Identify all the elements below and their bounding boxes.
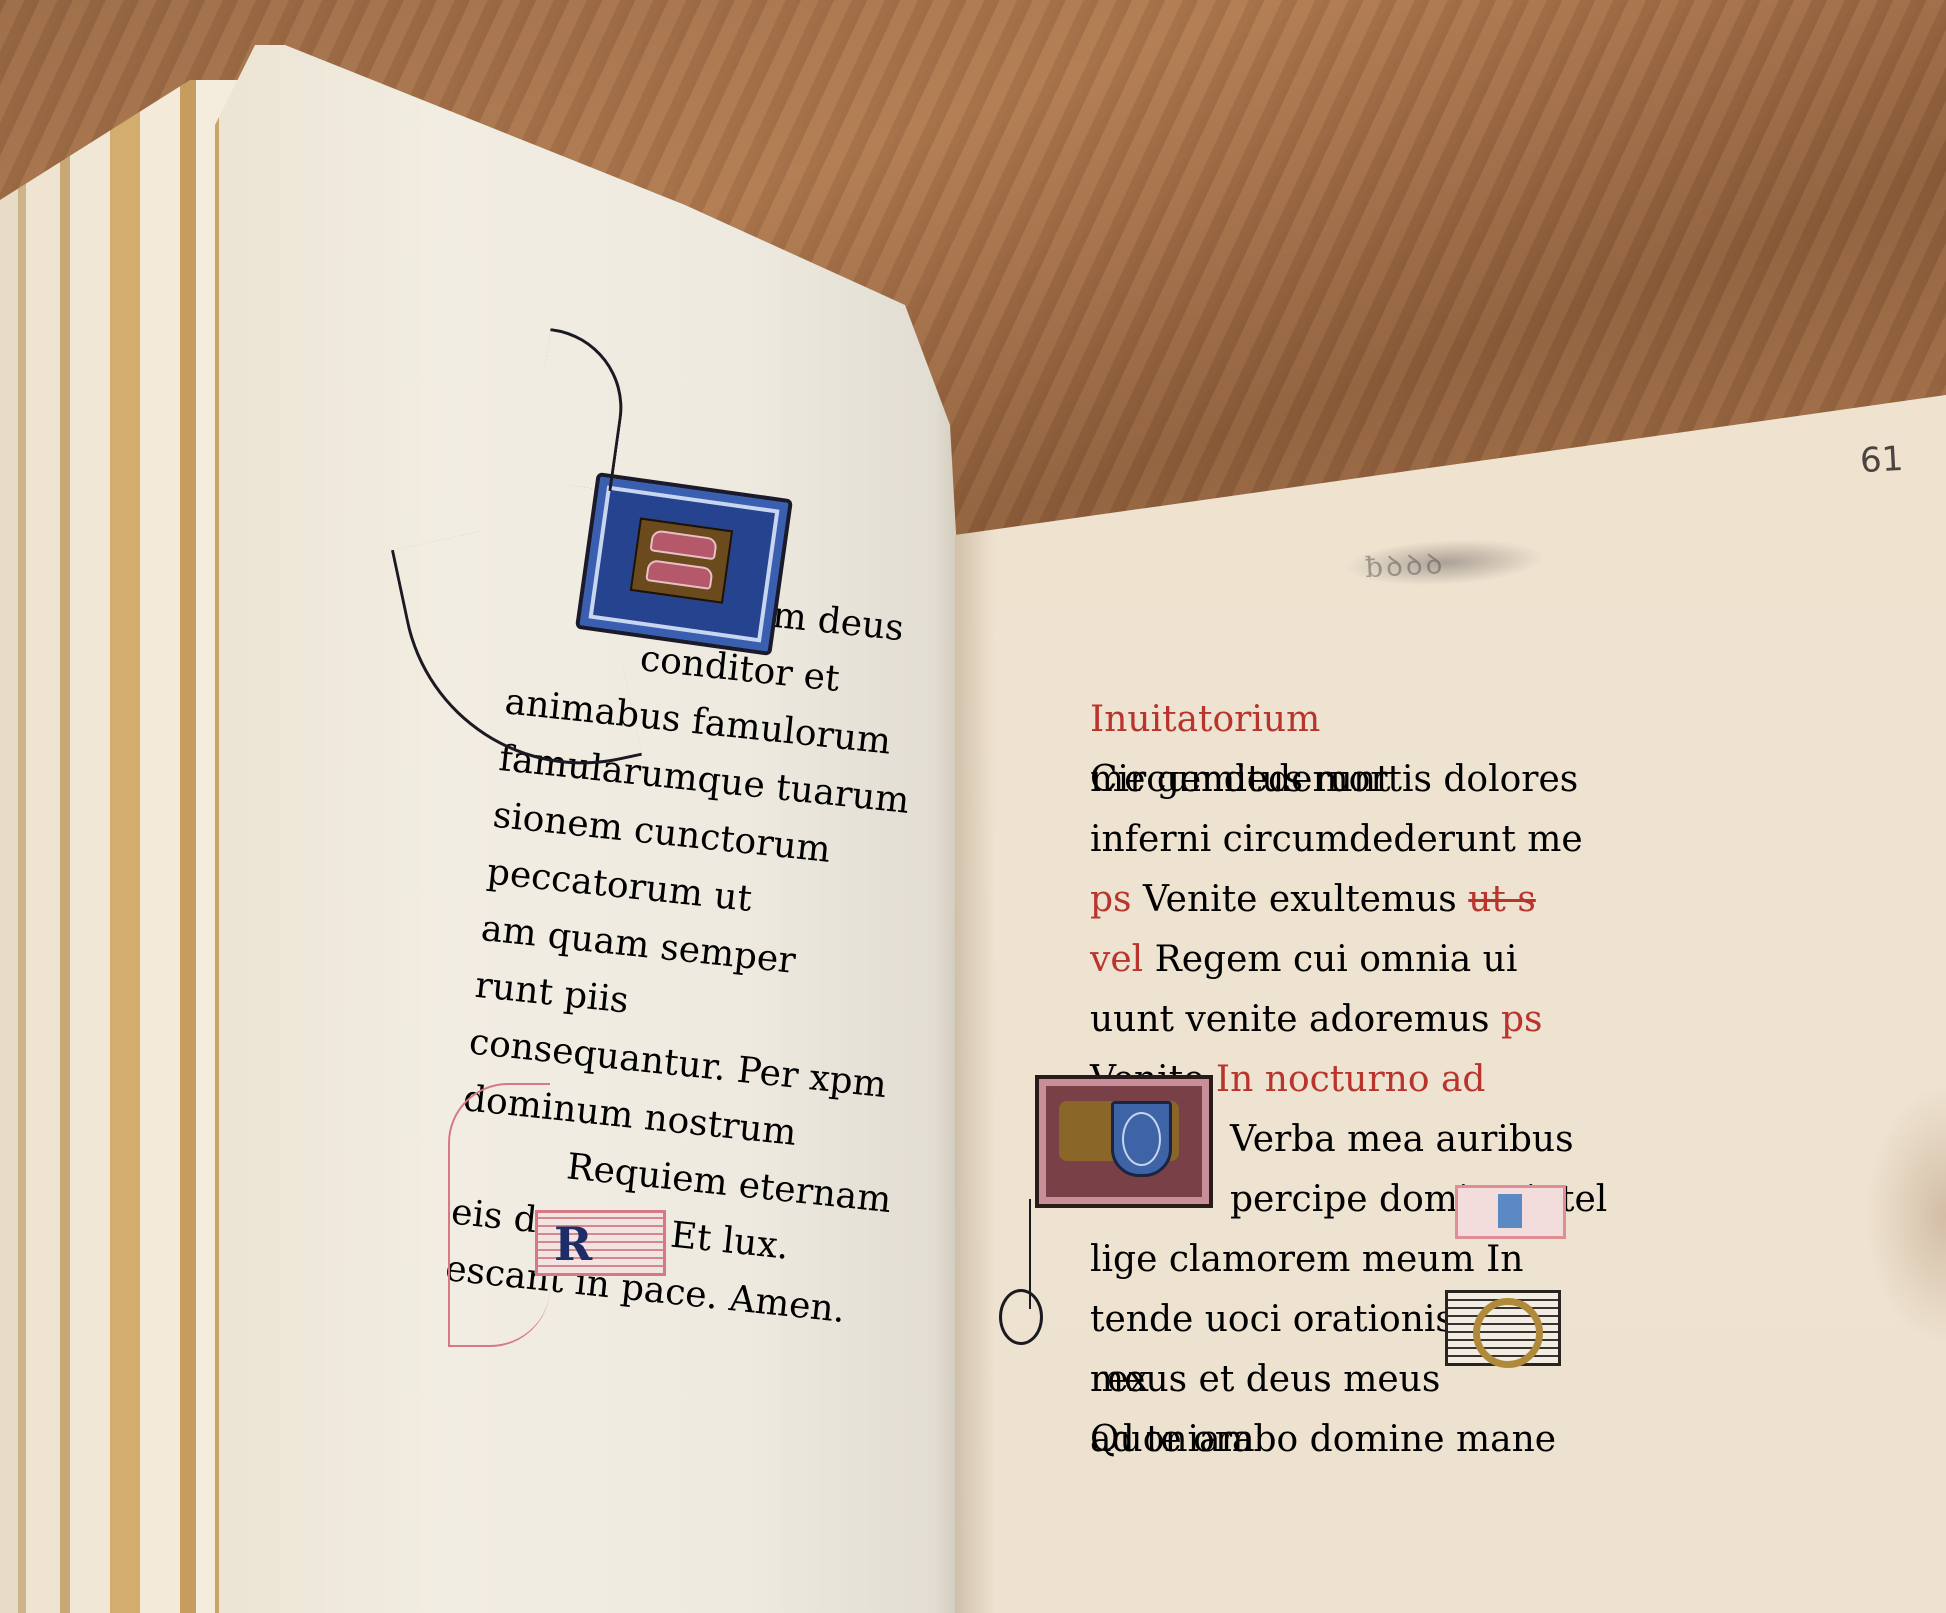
text-line: lige clamorem meum In	[1090, 1230, 1610, 1290]
book: 61 ƀꝺꝺꝺ Fidelium deus omnium conditor et…	[0, 0, 1946, 1613]
text-line: Inuitatorium Circumdederunt	[1090, 690, 1610, 750]
water-stain	[1866, 1085, 1946, 1345]
blue-shield	[1111, 1101, 1172, 1177]
illuminated-initial-f	[575, 472, 793, 656]
letter-stroke	[649, 529, 717, 560]
text-line: inferni circumdederunt me	[1090, 810, 1610, 870]
letter-stroke	[645, 559, 713, 590]
text-line: vel Regem cui omnia ui	[1090, 930, 1610, 990]
text-line: uunt venite adoremus ps	[1090, 990, 1610, 1050]
text-line: ps Venite exultemus ut s	[1090, 870, 1610, 930]
rubric: vel	[1090, 939, 1143, 980]
illuminated-initial-v	[1035, 1075, 1213, 1208]
gold-letter	[1473, 1298, 1543, 1368]
penwork-initial-i	[1455, 1185, 1566, 1239]
pen-flourish-loop	[999, 1289, 1043, 1345]
rubric: ps	[1090, 879, 1132, 920]
rubric: ps	[1501, 999, 1543, 1040]
folio-number: 61	[1859, 439, 1904, 481]
rubric: In nocturno ad	[1216, 1059, 1486, 1100]
gold-ground	[630, 517, 733, 603]
smudged-stamp-text: ƀꝺꝺꝺ	[1364, 544, 1446, 586]
red-pen-flourish	[448, 1083, 550, 1347]
gold-initial-q	[1445, 1290, 1561, 1366]
rubric: Inuitatorium	[1090, 699, 1320, 740]
penwork-initial-r: R	[535, 1210, 666, 1276]
text-line: me gemitus mortis dolores	[1090, 750, 1610, 810]
text-line: ad te orabo domine mane	[1090, 1410, 1610, 1470]
initial-letter: R	[554, 1221, 592, 1267]
blue-letter	[1498, 1194, 1522, 1228]
rubric: ut s	[1468, 879, 1536, 920]
